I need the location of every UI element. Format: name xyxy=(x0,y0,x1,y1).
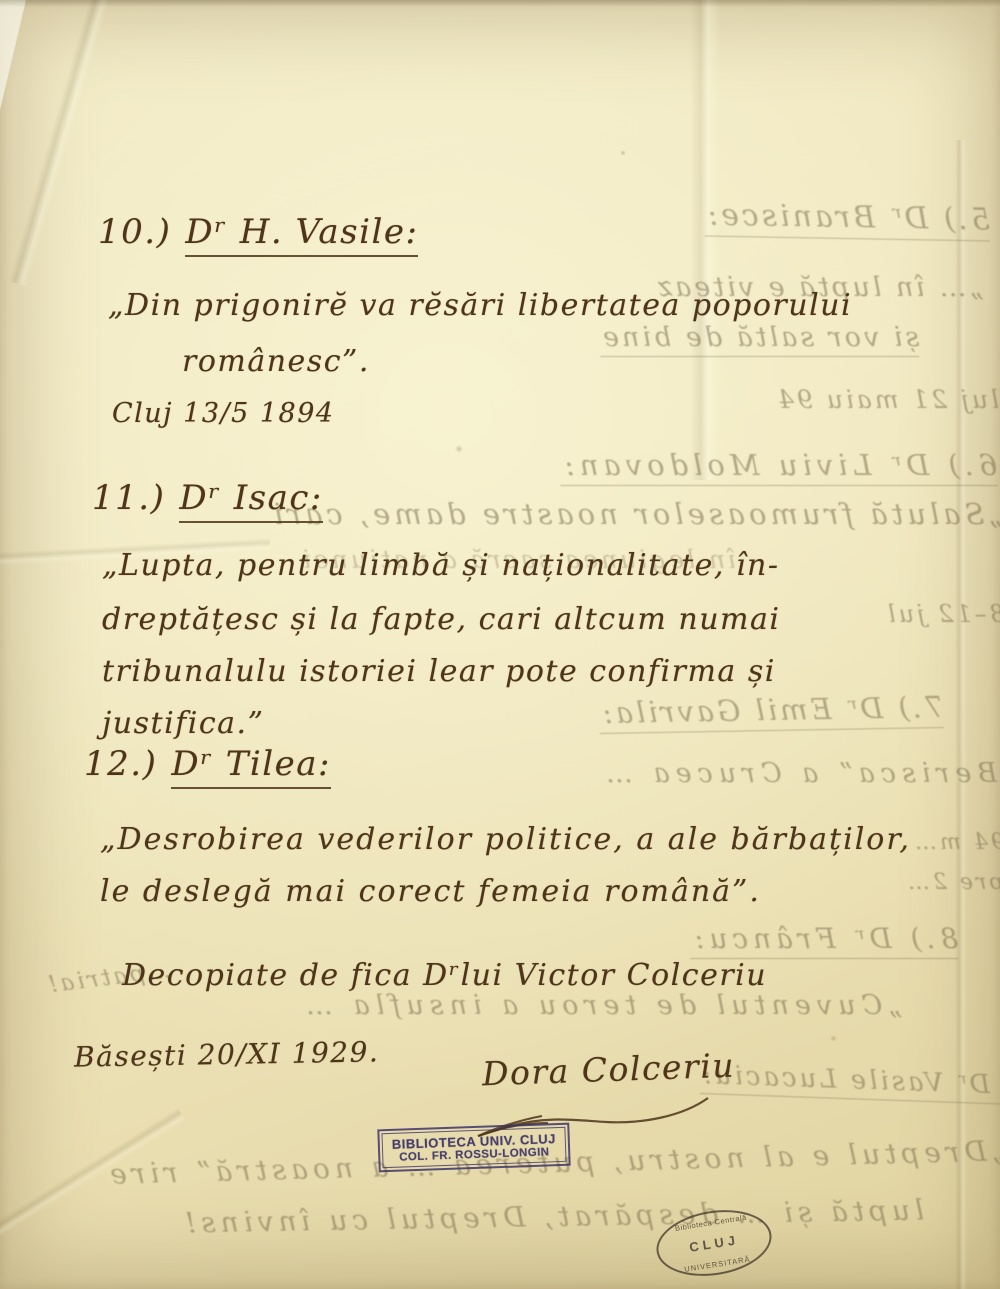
library-stamp-rect: BIBLIOTECA UNIV. CLUJ COL. FR. ROSSU-LON… xyxy=(377,1123,570,1173)
bleedthrough-line: Cluj 21 maiu 94 xyxy=(775,385,1000,414)
entry-heading-10: 10.)Dʳ H. Vasile: xyxy=(98,212,418,252)
bleedthrough-line: „Cuventul de terou a insufla … xyxy=(300,990,902,1021)
copy-note: Decopiate de fica Dʳlui Victor Colceriu xyxy=(122,958,767,993)
manuscript-page: 5.) Dʳ Branisce: „… în luptă e viteaz și… xyxy=(0,0,1000,1289)
entry-number: 11.) xyxy=(92,478,165,518)
entry-number: 10.) xyxy=(98,212,171,252)
entry-name: Dʳ Isac: xyxy=(179,478,323,523)
paper-corner-fold xyxy=(0,0,26,110)
entry-number: 12.) xyxy=(84,744,157,784)
entry-heading-12: 12.)Dʳ Tilea: xyxy=(84,744,331,784)
fox-spot xyxy=(455,445,463,453)
bleedthrough-line: „Salută frumoaselor noastre dame, cari xyxy=(270,497,1000,531)
bleedthrough-line: 1894 m… xyxy=(912,830,1000,855)
paper-crease xyxy=(955,140,967,1289)
bleedthrough-line: 9.) Dʳ Vasile Lucaciu: xyxy=(700,1060,1000,1106)
entry-name: Dʳ Tilea: xyxy=(171,744,331,789)
quote-line: românesc”. xyxy=(182,344,370,379)
library-stamp-inner-border: BIBLIOTECA UNIV. CLUJ COL. FR. ROSSU-LON… xyxy=(381,1127,566,1168)
quote-line: dreptățesc și la fapte, cari altcum numa… xyxy=(102,602,780,637)
bleedthrough-line: 7.) Dʳ Emil Gavrila: xyxy=(600,690,944,734)
quote-line: le deslegă mai corect femeia română”. xyxy=(100,874,761,909)
quote-line: justifica.” xyxy=(102,706,264,741)
bleedthrough-line: luptă și … despărat, Dreptul cu învins! xyxy=(180,1194,924,1240)
bleedthrough-line: 5.) Dʳ Branisce: xyxy=(705,198,991,242)
quote-line: „Din prigonirĕ va rĕsări libertatea popo… xyxy=(108,288,852,323)
bleedthrough-line: 6.) Dʳ Liviu Moldovan: xyxy=(560,448,997,486)
quote-line: tribunalulu istoriei lear pote confirma … xyxy=(102,654,776,689)
quote-line: „Desrobirea vederilor politice, a ale bă… xyxy=(100,822,911,857)
bleedthrough-line: și vor saltă de bine xyxy=(600,322,919,357)
fox-spot xyxy=(830,1035,837,1042)
place-date: Băsești 20/XI 1929. xyxy=(74,1035,380,1073)
entry-heading-11: 11.)Dʳ Isac: xyxy=(92,478,323,518)
bleedthrough-line: Despre 2… xyxy=(905,870,1000,895)
bleedthrough-line: 8.) Dʳ Frâncu: xyxy=(690,922,958,959)
bleedthrough-line: „Berisca” a Crucea … xyxy=(600,758,1000,789)
fox-spot xyxy=(620,150,626,156)
quote-line: „Lupta, pentru limbă și naționalitate, î… xyxy=(102,548,780,583)
signature: Dora Colceriu xyxy=(481,1046,735,1094)
paper-crease xyxy=(690,0,720,480)
entry-name: Dʳ H. Vasile: xyxy=(185,212,418,257)
bleedthrough-line: Cluj 8–12 jul xyxy=(885,600,1000,628)
dateline: Cluj 13/5 1894 xyxy=(112,398,335,429)
